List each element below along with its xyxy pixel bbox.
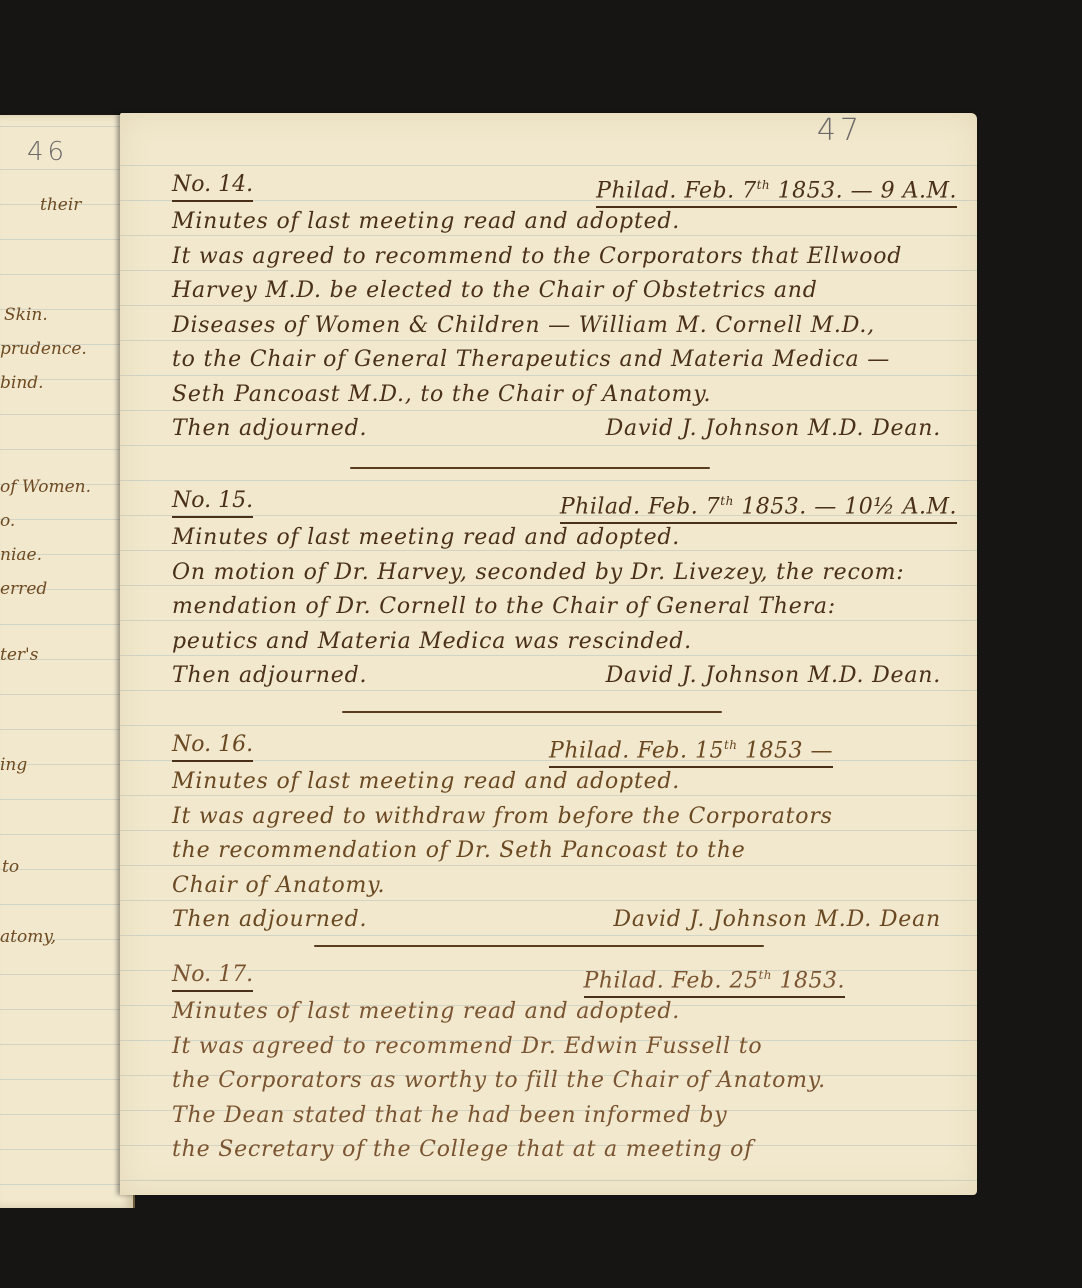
entry-date: Philad. Feb. 25th 1853. <box>584 961 845 998</box>
entry-number: No. 16. <box>172 731 253 762</box>
entry-line: peutics and Materia Medica was rescinded… <box>172 625 963 660</box>
entry-number: No. 14. <box>172 171 253 202</box>
signature: David J. Johnson M.D. Dean. <box>606 659 941 694</box>
closing-text: Then adjourned. <box>172 659 367 694</box>
entry-line: Minutes of last meeting read and adopted… <box>172 995 963 1030</box>
fragment: erred <box>0 579 47 599</box>
entry-line: Harvey M.D. be elected to the Chair of O… <box>172 274 963 309</box>
page-number-right: 47 <box>817 113 863 148</box>
entry-line: The Dean stated that he had been informe… <box>172 1099 963 1134</box>
signature: David J. Johnson M.D. Dean <box>613 903 941 938</box>
fragment: o. <box>0 511 15 531</box>
entry-date: Philad. Feb. 7th 1853. — 9 A.M. <box>596 171 957 208</box>
entry-number: No. 17. <box>172 961 253 992</box>
entry-number: No. 15. <box>172 487 253 518</box>
entry-divider <box>342 711 722 713</box>
entry-line: Minutes of last meeting read and adopted… <box>172 521 963 556</box>
entry-line: Seth Pancoast M.D., to the Chair of Anat… <box>172 378 963 413</box>
fragment: atomy, <box>0 927 56 947</box>
minute-entry-15: No. 15. Philad. Feb. 7th 1853. — 10½ A.M… <box>172 487 963 694</box>
minute-entry-17: No. 17. Philad. Feb. 25th 1853. Minutes … <box>172 961 963 1168</box>
entry-line: It was agreed to recommend Dr. Edwin Fus… <box>172 1030 963 1065</box>
fragment: their <box>40 195 81 215</box>
minute-entry-16: No. 16. Philad. Feb. 15th 1853 — Minutes… <box>172 731 963 938</box>
entry-line: Diseases of Women & Children — William M… <box>172 309 963 344</box>
entry-date: Philad. Feb. 15th 1853 — <box>549 731 833 768</box>
closing-text: Then adjourned. <box>172 903 367 938</box>
right-page: 47 No. 14. Philad. Feb. 7th 1853. — 9 A.… <box>120 113 977 1195</box>
entry-line: It was agreed to recommend to the Corpor… <box>172 240 963 275</box>
entry-date: Philad. Feb. 7th 1853. — 10½ A.M. <box>560 487 957 524</box>
closing-text: Then adjourned. <box>172 412 367 447</box>
entry-line: the Secretary of the College that at a m… <box>172 1133 963 1168</box>
fragment: bind. <box>0 373 44 393</box>
entry-line: It was agreed to withdraw from before th… <box>172 800 963 835</box>
entry-line: to the Chair of General Therapeutics and… <box>172 343 963 378</box>
fragment: of Women. <box>0 477 91 497</box>
left-page: 46 their Skin. prudence. bind. of Women.… <box>0 115 135 1208</box>
fragment: ing <box>0 755 27 775</box>
entry-line: the recommendation of Dr. Seth Pancoast … <box>172 834 963 869</box>
entry-line: mendation of Dr. Cornell to the Chair of… <box>172 590 963 625</box>
fragment: Skin. <box>4 305 48 325</box>
entry-divider <box>350 467 710 469</box>
entry-line: On motion of Dr. Harvey, seconded by Dr.… <box>172 556 963 591</box>
entry-line: the Corporators as worthy to fill the Ch… <box>172 1064 963 1099</box>
entry-divider <box>314 945 764 947</box>
fragment: prudence. <box>0 339 87 359</box>
entry-line: Chair of Anatomy. <box>172 869 963 904</box>
entry-line: Minutes of last meeting read and adopted… <box>172 765 963 800</box>
fragment: ter's <box>0 645 38 665</box>
entry-line: Minutes of last meeting read and adopted… <box>172 205 963 240</box>
fragment: niae. <box>0 545 42 565</box>
page-number-left: 46 <box>27 137 68 167</box>
fragment: to <box>2 857 19 877</box>
minute-entry-14: No. 14. Philad. Feb. 7th 1853. — 9 A.M. … <box>172 171 963 447</box>
signature: David J. Johnson M.D. Dean. <box>606 412 941 447</box>
